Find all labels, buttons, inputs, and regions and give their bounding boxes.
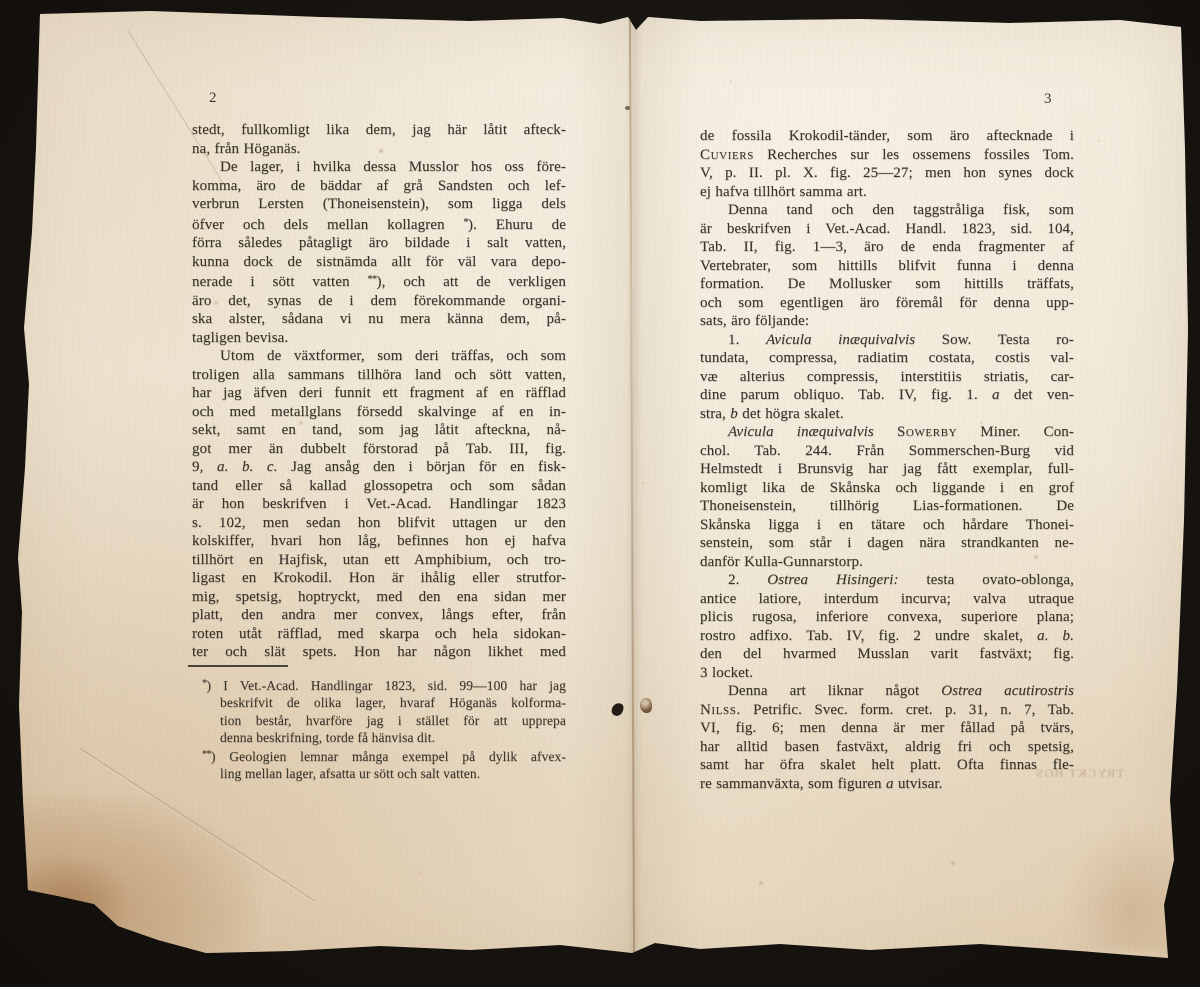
text-segment: ling mellan lager, afsatta ur sött och s… bbox=[220, 766, 480, 781]
ink-speck bbox=[610, 702, 624, 718]
text-line: 9, a. b. c. Jag ansåg den i början för e… bbox=[192, 458, 566, 477]
footnote-rule bbox=[188, 665, 288, 667]
text-segment: VI, fig. 6; men denna är mer fållad på t… bbox=[700, 720, 1074, 736]
text-segment: a. b. bbox=[1037, 628, 1074, 644]
text-line: 1. Avicula inæquivalvis Sow. Testa ro- bbox=[700, 331, 1074, 350]
text-segment: har jag äfven deri funnit ett fragment a… bbox=[192, 385, 566, 401]
text-segment: formation. De Mollusker som hittills trä… bbox=[700, 276, 1074, 292]
paper-stain bbox=[1060, 820, 1180, 950]
show-through-text: TRYCKT HOS bbox=[1024, 766, 1124, 781]
text-segment: Utom de växtformer, som deri träffas, oc… bbox=[220, 348, 566, 364]
text-segment: ). Ehuru de bbox=[468, 217, 566, 233]
text-line: ej hafva tillhört samma art. bbox=[700, 183, 1074, 202]
text-segment: kunna dock de sistnämda allt för väl var… bbox=[192, 254, 566, 270]
text-segment: tand eller så kallad glossopetra och som… bbox=[192, 478, 566, 494]
text-line: VI, fig. 6; men denna är mer fållad på t… bbox=[700, 719, 1074, 738]
text-line: Skånska ligga i en tätare och hårdare Th… bbox=[700, 516, 1074, 535]
text-line: got mer än dubbelt förstorad på Tab. III… bbox=[192, 440, 566, 459]
text-segment: stra, bbox=[700, 406, 730, 422]
text-line: re sammanväxta, som figuren a utvisar. bbox=[700, 775, 1074, 794]
text-line: sekt, samt en tand, som jag låtit afteck… bbox=[192, 421, 566, 440]
text-segment: plicis rugosa, inferiore convexa, superi… bbox=[700, 609, 1074, 625]
text-segment: Sowerby bbox=[897, 424, 957, 440]
left-page-footnotes: *) I Vet.-Acad. Handlingar 1823, sid. 99… bbox=[202, 675, 566, 783]
text-line: V, p. II. pl. X. fig. 25—27; men hon syn… bbox=[700, 164, 1074, 183]
text-line: Denna art liknar något Ostrea acutirostr… bbox=[700, 682, 1074, 701]
text-line: Vertebrater, som hittills blifvit funna … bbox=[700, 257, 1074, 276]
text-line: Denna tand och den taggstråliga fisk, so… bbox=[700, 201, 1074, 220]
left-page-body-text: stedt, fullkomligt lika dem, jag här låt… bbox=[192, 121, 566, 662]
text-segment: ter och slät spets. Hon har någon likhet… bbox=[192, 644, 566, 660]
text-line: væ alterius compressis, interstitiis str… bbox=[700, 368, 1074, 387]
text-line: mig, spetsig, hoptryckt, med den ena sid… bbox=[192, 588, 566, 607]
text-segment: Tab. II, fig. 1—3, äro de enda fragmente… bbox=[700, 239, 1074, 255]
footnote-marker: ** bbox=[368, 274, 377, 285]
text-segment: ) I Vet.-Acad. Handlingar 1823, sid. 99—… bbox=[207, 678, 567, 693]
text-segment: platt, den andra mer convex, långs efter… bbox=[192, 607, 566, 623]
text-segment: Thoneisenstein, tillhörig Lias-formation… bbox=[700, 498, 1074, 514]
text-segment: roten utåt räfflad, med skarpa och hela … bbox=[192, 626, 566, 642]
text-segment: Avicula inæquivalvis bbox=[728, 424, 874, 440]
text-line: *) I Vet.-Acad. Handlingar 1823, sid. 99… bbox=[202, 675, 566, 694]
text-line: de fossila Krokodil-tänder, som äro afte… bbox=[700, 127, 1074, 146]
text-segment: Nilss. bbox=[700, 702, 741, 718]
text-line: plicis rugosa, inferiore convexa, superi… bbox=[700, 608, 1074, 627]
text-line: tagligen bevisa. bbox=[192, 329, 566, 348]
text-segment: got mer än dubbelt förstorad på Tab. III… bbox=[192, 441, 566, 457]
center-fold-line bbox=[629, 20, 635, 952]
text-segment: förra således påtagligt äro bildade i sa… bbox=[192, 235, 566, 251]
text-line: tion består, hvarföre jag i stället för … bbox=[202, 712, 566, 729]
text-segment: är beskrifven i Vet.-Acad. Handl. 1823, … bbox=[700, 221, 1074, 237]
text-line: danför Kulla-Gunnarstorp. bbox=[700, 553, 1074, 572]
text-segment: b bbox=[730, 406, 738, 422]
text-segment: det ven- bbox=[1000, 387, 1074, 403]
text-segment: senstein, som står i dagen nära strandka… bbox=[700, 535, 1074, 551]
text-segment: verbrun Lersten (Thoneisenstein), som li… bbox=[192, 196, 566, 212]
text-line: chol. Tab. 244. Från Sommerschen-Burg vi… bbox=[700, 442, 1074, 461]
text-segment: beskrifvit de olika lager, hvaraf Höganä… bbox=[220, 695, 566, 710]
text-segment: har alltid basen fastväxt, aldrig fri oc… bbox=[700, 739, 1074, 755]
text-segment: testa ovato-oblonga, bbox=[899, 572, 1074, 588]
text-line: har jag äfven deri funnit ett fragment a… bbox=[192, 384, 566, 403]
text-line: Cuviers Recherches sur les ossemens foss… bbox=[700, 146, 1074, 165]
text-segment: rostro adfixo. Tab. IV, fig. 2 undre ska… bbox=[700, 628, 1037, 644]
text-line: Utom de växtformer, som deri träffas, oc… bbox=[192, 347, 566, 366]
text-segment: Sow. Testa ro- bbox=[915, 332, 1074, 348]
page-number-left: 2 bbox=[209, 90, 217, 107]
text-segment: ej hafva tillhört samma art. bbox=[700, 184, 867, 200]
text-segment: Skånska ligga i en tätare och hårdare Th… bbox=[700, 517, 1074, 533]
text-segment: a bbox=[992, 387, 1000, 403]
text-line: denna beskrifning, torde få hänvisa dit. bbox=[202, 729, 566, 746]
text-line: nerade i sött vatten **), och att de ver… bbox=[192, 271, 566, 292]
text-segment: re sammanväxta, som figuren bbox=[700, 776, 886, 792]
text-segment: 3 locket. bbox=[700, 665, 753, 681]
text-segment: Denna tand och den taggstråliga fisk, so… bbox=[728, 202, 1074, 218]
text-segment: Jag ansåg den i början för en fisk- bbox=[278, 459, 566, 475]
text-segment: samt har öfra skalet helt platt. Ofta fi… bbox=[700, 757, 1074, 773]
text-line: 3 locket. bbox=[700, 664, 1074, 683]
text-segment bbox=[874, 424, 897, 440]
text-segment: tundata, compressa, radiatim costata, co… bbox=[700, 350, 1074, 366]
text-line: senstein, som står i dagen nära strandka… bbox=[700, 534, 1074, 553]
text-segment: 1. bbox=[728, 332, 766, 348]
text-segment: de fossila Krokodil-tänder, som äro afte… bbox=[700, 128, 1074, 144]
text-segment: stedt, fullkomligt lika dem, jag här låt… bbox=[192, 122, 566, 138]
text-line: Tab. II, fig. 1—3, äro de enda fragmente… bbox=[700, 238, 1074, 257]
text-line: öfver och dels mellan kollagren *). Ehur… bbox=[192, 214, 566, 235]
text-line: rostro adfixo. Tab. IV, fig. 2 undre ska… bbox=[700, 627, 1074, 646]
text-line: komma, äro de bäddar af grå Sandsten och… bbox=[192, 177, 566, 196]
text-segment: äro det, synas de i dem förekommande org… bbox=[192, 293, 566, 309]
text-line: na, från Höganäs. bbox=[192, 140, 566, 159]
text-line: De lager, i hvilka dessa Musslor hos oss… bbox=[192, 158, 566, 177]
text-segment: dine parum obliquo. Tab. IV, fig. 1. bbox=[700, 387, 992, 403]
text-segment: a. b. c. bbox=[217, 459, 278, 475]
text-segment: na, från Höganäs. bbox=[192, 141, 301, 157]
text-line: samt har öfra skalet helt platt. Ofta fi… bbox=[700, 756, 1074, 775]
book-spread-paper: 2 stedt, fullkomligt lika dem, jag här l… bbox=[0, 0, 1200, 987]
text-segment: komma, äro de bäddar af grå Sandsten och… bbox=[192, 178, 566, 194]
text-line: Avicula inæquivalvis Sowerby Miner. Con- bbox=[700, 423, 1074, 442]
text-segment: och som egentligen äro föremål för denna… bbox=[700, 295, 1074, 311]
text-segment: Recherches sur les ossemens fossiles Tom… bbox=[754, 147, 1074, 163]
text-segment: antice latiore, interdum incurva; valva … bbox=[700, 591, 1074, 607]
text-segment: væ alterius compressis, interstitiis str… bbox=[700, 369, 1074, 385]
text-segment: De lager, i hvilka dessa Musslor hos oss… bbox=[220, 159, 566, 175]
text-segment: det högra skalet. bbox=[738, 406, 844, 422]
text-segment: Denna art liknar något bbox=[728, 683, 941, 699]
text-segment: s. 102, men sedan hon blifvit uttagen ur… bbox=[192, 515, 566, 531]
text-segment: troligen alla sammans tillhöra land och … bbox=[192, 367, 566, 383]
text-line: 2. Ostrea Hisingeri: testa ovato-oblonga… bbox=[700, 571, 1074, 590]
text-segment: ), och att de verkligen bbox=[377, 274, 566, 290]
text-line: ter och slät spets. Hon har någon likhet… bbox=[192, 643, 566, 662]
text-line: ligast en Krokodil. Hon är ihålig eller … bbox=[192, 569, 566, 588]
text-segment: är hon beskrifven i Vet.-Acad. Handlinga… bbox=[192, 496, 566, 512]
text-line: kolskiffer, hvari hon låg, befinnes hon … bbox=[192, 532, 566, 551]
text-segment: utvisar. bbox=[894, 776, 943, 792]
text-line: verbrun Lersten (Thoneisenstein), som li… bbox=[192, 195, 566, 214]
text-segment: tion består, hvarföre jag i stället för … bbox=[220, 713, 566, 728]
text-line: har alltid basen fastväxt, aldrig fri oc… bbox=[700, 738, 1074, 757]
text-line: roten utåt räfflad, med skarpa och hela … bbox=[192, 625, 566, 644]
text-line: tundata, compressa, radiatim costata, co… bbox=[700, 349, 1074, 368]
text-segment: Vertebrater, som hittills blifvit funna … bbox=[700, 258, 1074, 274]
text-segment: komligt lika de Skånska och liggande i e… bbox=[700, 480, 1074, 496]
text-line: förra således påtagligt äro bildade i sa… bbox=[192, 234, 566, 253]
text-line: Nilss. Petrific. Svec. form. cret. p. 31… bbox=[700, 701, 1074, 720]
text-segment: Miner. Con- bbox=[957, 424, 1074, 440]
text-line: är hon beskrifven i Vet.-Acad. Handlinga… bbox=[192, 495, 566, 514]
text-segment: danför Kulla-Gunnarstorp. bbox=[700, 554, 863, 570]
text-line: antice latiore, interdum incurva; valva … bbox=[700, 590, 1074, 609]
text-line: Thoneisenstein, tillhörig Lias-formation… bbox=[700, 497, 1074, 516]
text-line: tand eller så kallad glossopetra och som… bbox=[192, 477, 566, 496]
text-segment: öfver och dels mellan kollagren bbox=[192, 217, 463, 233]
text-segment: Helmstedt i Brunsvig har jag fått exempl… bbox=[700, 461, 1074, 477]
text-segment: Ostrea Hisingeri: bbox=[767, 572, 898, 588]
text-segment: 2. bbox=[728, 572, 767, 588]
text-line: komligt lika de Skånska och liggande i e… bbox=[700, 479, 1074, 498]
text-segment: tillhört en Hajfisk, utan ett Amphibium,… bbox=[192, 552, 566, 568]
text-segment: V, p. II. pl. X. fig. 25—27; men hon syn… bbox=[700, 165, 1074, 181]
text-segment: 9, bbox=[192, 459, 217, 475]
text-line: **) Geologien lemnar många exempel på dy… bbox=[202, 746, 566, 765]
text-segment: tagligen bevisa. bbox=[192, 330, 288, 346]
footnote-marker: ** bbox=[202, 749, 211, 760]
text-segment: a bbox=[886, 776, 894, 792]
text-line: den del hvarmed Musslan varit fastväxt; … bbox=[700, 645, 1074, 664]
text-line: tillhört en Hajfisk, utan ett Amphibium,… bbox=[192, 551, 566, 570]
text-line: och som egentligen äro föremål för denna… bbox=[700, 294, 1074, 313]
text-segment: ska alster, sådana vi nu mera känna dem,… bbox=[192, 311, 566, 327]
text-segment: Ostrea acutirostris bbox=[941, 683, 1074, 699]
paper-stain bbox=[20, 855, 130, 945]
text-line: s. 102, men sedan hon blifvit uttagen ur… bbox=[192, 514, 566, 533]
text-segment: chol. Tab. 244. Från Sommerschen-Burg vi… bbox=[700, 443, 1074, 459]
text-line: kunna dock de sistnämda allt för väl var… bbox=[192, 253, 566, 272]
text-line: platt, den andra mer convex, långs efter… bbox=[192, 606, 566, 625]
text-line: och med metallglans försedd skalvinge af… bbox=[192, 403, 566, 422]
text-segment: mig, spetsig, hoptryckt, med den ena sid… bbox=[192, 589, 566, 605]
text-segment: sats, äro följande: bbox=[700, 313, 809, 329]
text-segment: sekt, samt en tand, som jag låtit afteck… bbox=[192, 422, 566, 438]
text-line: formation. De Mollusker som hittills trä… bbox=[700, 275, 1074, 294]
page-number-right: 3 bbox=[1044, 91, 1052, 108]
text-segment: den del hvarmed Musslan varit fastväxt; … bbox=[700, 646, 1074, 662]
text-line: ling mellan lager, afsatta ur sött och s… bbox=[202, 765, 566, 782]
paper-freckles bbox=[0, 0, 2, 2]
text-line: troligen alla sammans tillhöra land och … bbox=[192, 366, 566, 385]
text-segment: Petrific. Svec. form. cret. p. 31, n. 7,… bbox=[741, 702, 1074, 718]
rust-speck bbox=[640, 698, 652, 713]
text-segment: denna beskrifning, torde få hänvisa dit. bbox=[220, 730, 435, 745]
right-page-body-text: de fossila Krokodil-tänder, som äro afte… bbox=[700, 127, 1074, 793]
text-line: äro det, synas de i dem förekommande org… bbox=[192, 292, 566, 311]
gutter-shadow bbox=[568, 16, 700, 956]
photo-backdrop: 2 stedt, fullkomligt lika dem, jag här l… bbox=[0, 0, 1200, 987]
text-segment: ) Geologien lemnar många exempel på dyli… bbox=[211, 749, 566, 764]
text-segment: Cuviers bbox=[700, 147, 754, 163]
text-segment: och med metallglans försedd skalvinge af… bbox=[192, 404, 566, 420]
text-line: dine parum obliquo. Tab. IV, fig. 1. a d… bbox=[700, 386, 1074, 405]
text-line: sats, äro följande: bbox=[700, 312, 1074, 331]
text-line: beskrifvit de olika lager, hvaraf Höganä… bbox=[202, 694, 566, 711]
text-segment: kolskiffer, hvari hon låg, befinnes hon … bbox=[192, 533, 566, 549]
small-speck bbox=[625, 106, 630, 110]
text-line: Helmstedt i Brunsvig har jag fått exempl… bbox=[700, 460, 1074, 479]
text-segment: Avicula inæquivalvis bbox=[766, 332, 915, 348]
text-segment: nerade i sött vatten bbox=[192, 274, 368, 290]
text-segment: ligast en Krokodil. Hon är ihålig eller … bbox=[192, 570, 566, 586]
text-line: stra, b det högra skalet. bbox=[700, 405, 1074, 424]
text-line: är beskrifven i Vet.-Acad. Handl. 1823, … bbox=[700, 220, 1074, 239]
text-line: stedt, fullkomligt lika dem, jag här låt… bbox=[192, 121, 566, 140]
text-line: ska alster, sådana vi nu mera känna dem,… bbox=[192, 310, 566, 329]
